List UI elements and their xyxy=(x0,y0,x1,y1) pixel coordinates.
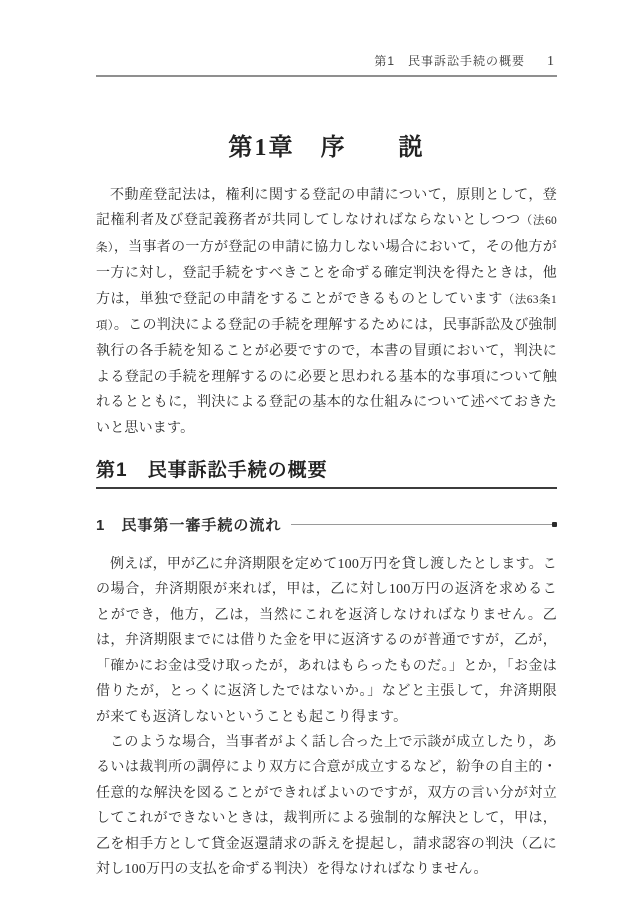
chapter-title: 第1章 序 説 xyxy=(96,127,557,162)
header-rule xyxy=(96,75,557,77)
intro-text-3: 。この判決による登記の手続を理解するためには，民事訴訟及び強制執行の各手続を知る… xyxy=(96,318,557,436)
page-number: 1 xyxy=(547,54,555,70)
body-paragraph-2: このような場合，当事者がよく話し合った上で示談が成立したり，あるいは裁判所の調停… xyxy=(96,730,557,882)
intro-text-2: ，当事者の一方が登記の申請に協力しない場合において，その他方が一方に対し，登記手… xyxy=(96,240,557,307)
running-header: 第1 民事訴訟手続の概要 1 xyxy=(96,0,557,70)
leader-line xyxy=(291,524,552,525)
page-content-column: 第1 民事訴訟手続の概要 1 第1章 序 説 不動産登記法は，権利に関する登記の… xyxy=(96,0,557,882)
intro-text-1: 不動産登記法は，権利に関する登記の申請について，原則として，登記権利者及び登記義… xyxy=(96,188,557,228)
running-header-title: 第1 民事訴訟手続の概要 xyxy=(374,52,525,69)
intro-paragraph: 不動産登記法は，権利に関する登記の申請について，原則として，登記権利者及び登記義… xyxy=(96,183,557,441)
leader-end-dot-icon xyxy=(552,522,557,527)
subsection-label: 1 民事第一審手続の流れ xyxy=(96,514,281,535)
body-paragraph-1: 例えば，甲が乙に弁済期限を定めて100万円を貸し渡したとします。この場合，弁済期… xyxy=(96,552,557,730)
section-heading: 第1 民事訴訟手続の概要 xyxy=(96,455,557,489)
book-page: 第1 民事訴訟手続の概要 1 第1章 序 説 不動産登記法は，権利に関する登記の… xyxy=(0,0,642,900)
subsection-heading-row: 1 民事第一審手続の流れ xyxy=(96,514,557,535)
